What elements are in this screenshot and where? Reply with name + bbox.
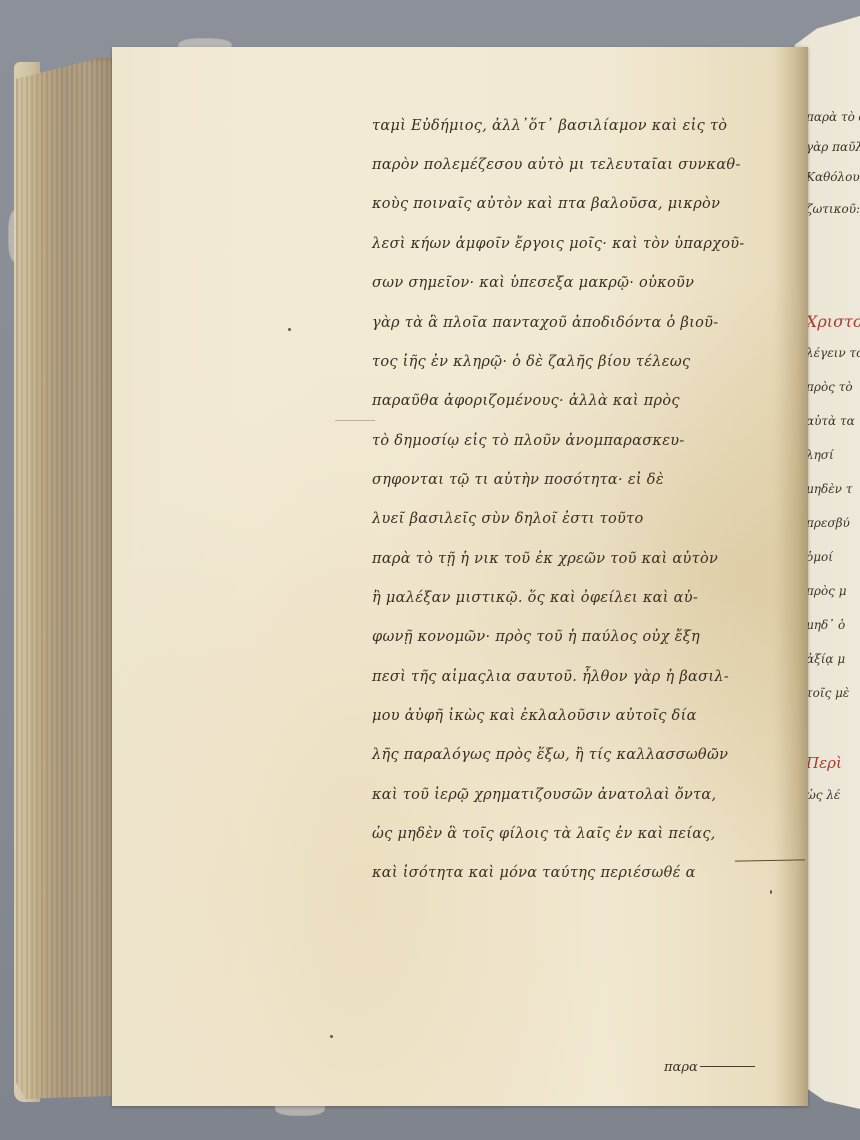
text-line: λεσὶ κήων ἀμφοῖν ἔργοις μοῖς· καὶ τὸν ὑπ… (372, 236, 745, 252)
facing-rubric-initial: Περὶ (806, 754, 842, 772)
text-line: λῆς παραλόγως πρὸς ἕξω, ἢ τίς καλλασσωθῶ… (372, 747, 728, 763)
text-line: καὶ τοῦ ἱερῷ χρηματιζουσῶν ἀνατολαὶ ὄντα… (372, 787, 716, 803)
facing-line: μηδὲν τ (806, 482, 852, 496)
text-line: τος ἰῆς ἐν κληρῷ· ὁ δὲ ζαλῆς βίου τέλεως (372, 354, 690, 370)
text-line: παρὰ τὸ τῇ ἡ νικ τοῦ ἐκ χρεῶν τοῦ καὶ αὐ… (372, 551, 718, 567)
facing-line: λησί (806, 448, 834, 462)
facing-line: Καθόλου π (806, 170, 860, 184)
ink-speck (330, 1035, 333, 1038)
facing-line: μηδ᾽ ὁ (806, 618, 845, 632)
facing-line: ὡς λέ (806, 788, 840, 802)
text-line: λυεῖ βασιλεῖς σὺν δηλοῖ ἐστι τοῦτο (372, 511, 644, 527)
facing-line: ἀξίᾳ μ (806, 652, 845, 666)
text-line: σηφονται τῷ τι αὐτὴν ποσότητα· εἰ δὲ (372, 472, 664, 488)
text-line: ταμὶ Εὐδήμιος, ἀλλ᾽ὅτ᾽ βασιλίαμον καὶ εἰ… (372, 118, 727, 134)
margin-guide-stroke (335, 420, 375, 421)
text-line: φωνῇ κονομῶν· πρὸς τοῦ ἡ παύλος οὐχ ἔξη (372, 629, 700, 645)
ink-speck (288, 328, 291, 331)
text-line: παρὸν πολεμέζεσου αὐτὸ μι τελευταῖαι συν… (372, 157, 741, 173)
text-line: μου ἀὐφῆ ἰκὼς καὶ ἐκλαλοῦσιν αὐτοῖς δία (372, 708, 697, 724)
text-line: καὶ ἰσότητα καὶ μόνα ταύτης περιέσωθέ α (372, 865, 696, 881)
facing-line: παρὰ τὸ δὲ μιχ (806, 110, 860, 124)
catchword: παρα (664, 1060, 698, 1075)
facing-line: αὐτὰ τα (806, 414, 855, 428)
facing-line: πρεσβύ (806, 516, 850, 530)
facing-line: πρὸς μ (806, 584, 847, 598)
facing-line: λέγειν τοῦ (806, 346, 860, 360)
text-line: τὸ δημοσίῳ εἰς τὸ πλοῦν ἀνομπαρασκευ- (372, 433, 685, 449)
facing-rubric-initial: Χριστοῦ (806, 312, 860, 331)
text-line: ἢ μαλέξαν μιστικῷ. ὅς καὶ ὀφείλει καὶ αὐ… (372, 590, 698, 606)
ink-speck (770, 890, 772, 894)
text-line: σων σημεῖον· καὶ ὑπεσεξα μακρῷ· οὐκοῦν (372, 275, 694, 291)
facing-line: ὁμοί (806, 550, 833, 564)
facing-line: γὰρ παῦλ (806, 140, 860, 154)
facing-line: ζωτικοῦ: (806, 202, 860, 216)
gutter-shadow (772, 47, 808, 1106)
text-line: γὰρ τὰ ἃ πλοῖα πανταχοῦ ἀποδιδόντα ὁ βιο… (372, 315, 718, 331)
text-line: ὡς μηδὲν ἃ τοῖς φίλοις τὰ λαῖς ἐν καὶ πε… (372, 826, 716, 842)
catchword-flourish (700, 1066, 755, 1067)
text-line: κοὺς ποιναῖς αὐτὸν καὶ πτα βαλοῦσα, μικρ… (372, 196, 720, 212)
facing-line: πρὸς τὸ (806, 380, 853, 394)
text-line: πεσὶ τῆς αἱμαςλια σαυτοῦ. ἦλθον γὰρ ἡ βα… (372, 669, 729, 685)
text-line: παραῦθα ἀφοριζομένους· ἀλλὰ καὶ πρὸς (372, 393, 680, 409)
facing-line: τοῖς μὲ (806, 686, 849, 700)
